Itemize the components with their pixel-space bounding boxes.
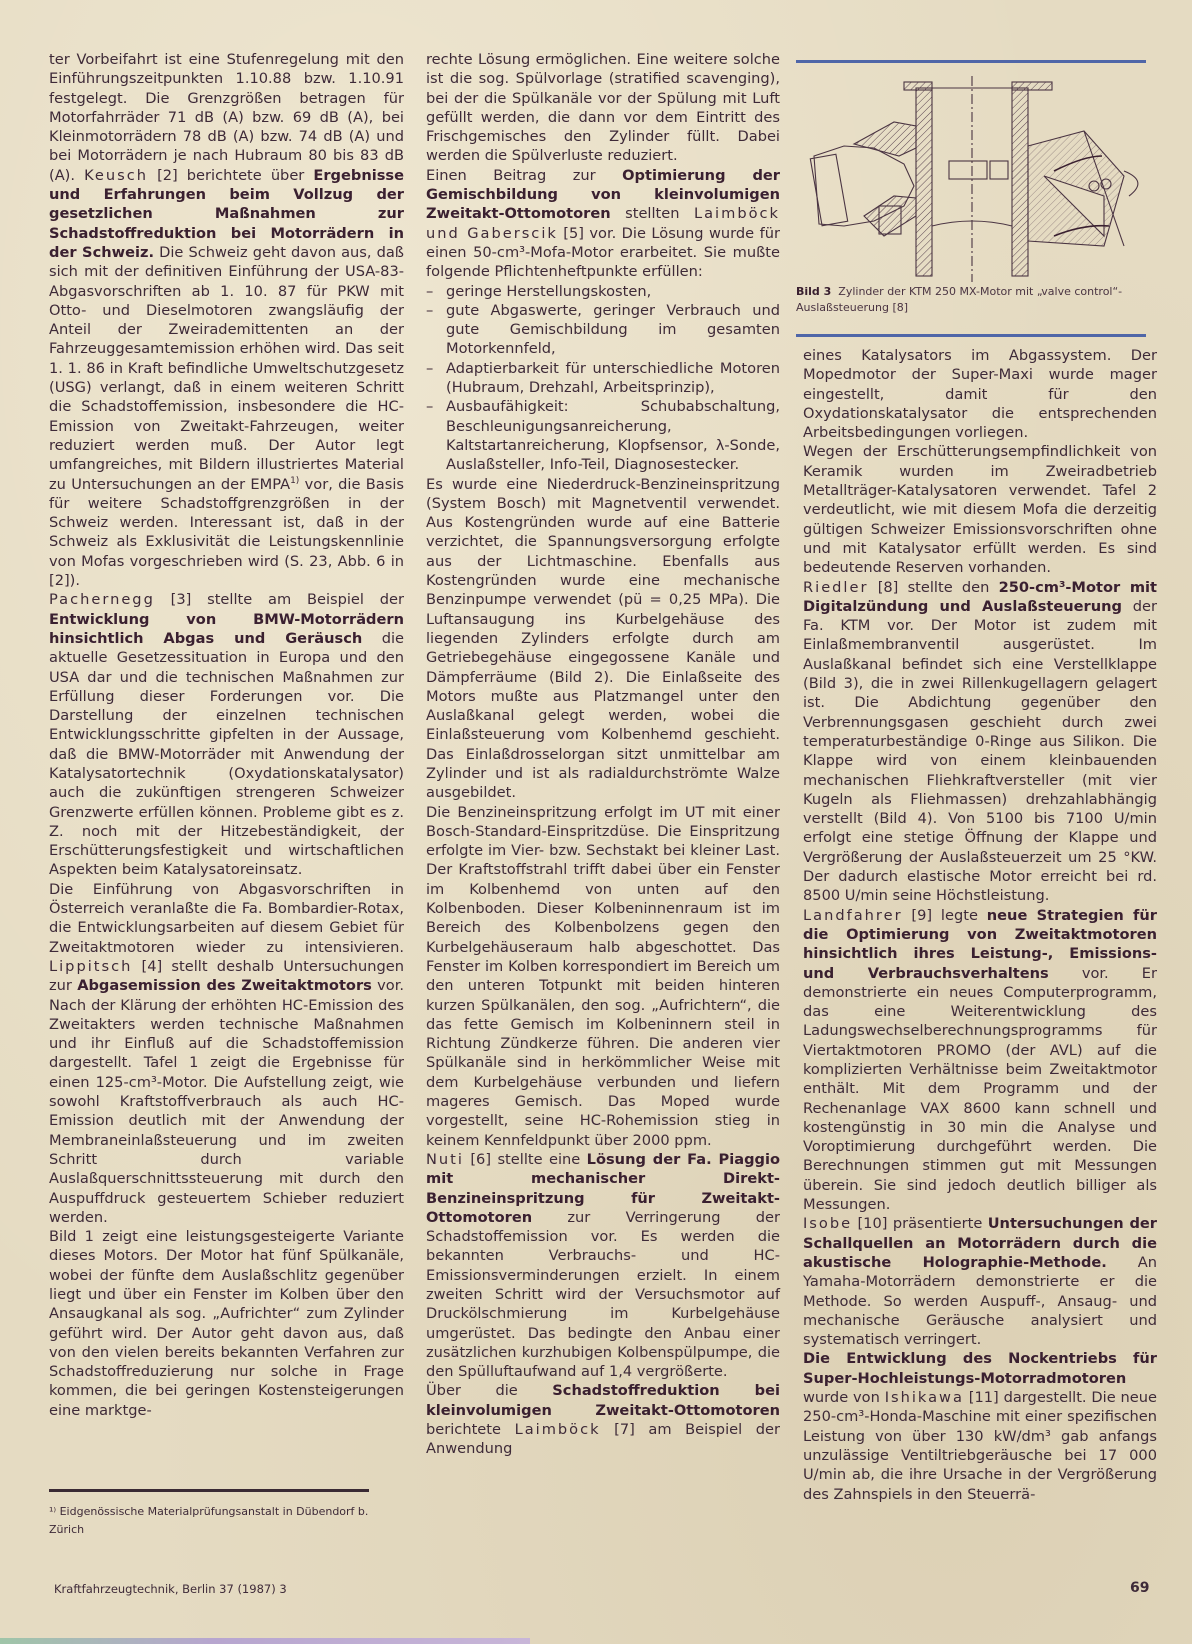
- text-run: der Fa. KTM vor. Der Motor ist zudem mit…: [803, 598, 1157, 904]
- text-run: stellten: [611, 205, 694, 222]
- author-name: Ishikawa: [885, 1389, 964, 1406]
- text-run: [9] legte: [903, 907, 987, 924]
- paragraph: Bild 1 zeigt eine leistungsgesteigerte V…: [49, 1227, 404, 1420]
- text-run: die aktuelle Gesetzessituation in Europa…: [49, 630, 404, 879]
- text-run: [10] präsentierte: [852, 1215, 988, 1232]
- figure-label: Bild 3: [796, 285, 831, 298]
- author-name: Lippitsch: [49, 958, 132, 975]
- paragraph: Riedler [8] stellte den 250-cm³-Motor mi…: [803, 578, 1157, 906]
- author-name: Keusch: [84, 167, 148, 184]
- paragraph: Die Einführung von Abgasvorschriften in …: [49, 880, 404, 1227]
- text-run: [8] stellte den: [868, 579, 998, 596]
- author-name: Nuti: [426, 1151, 464, 1168]
- text-run: [11] dargestellt. Die neue 250-cm³-Honda…: [803, 1389, 1157, 1502]
- author-name: Riedler: [803, 579, 868, 596]
- footnote-divider: [49, 1489, 369, 1492]
- figure-bild-3: Bild 3 Zylinder der KTM 250 MX-Motor mit…: [796, 54, 1158, 338]
- list-item: geringe Herstellungskosten,: [426, 282, 780, 301]
- figure-caption: Bild 3 Zylinder der KTM 250 MX-Motor mit…: [796, 284, 1141, 316]
- text-run: Über die: [426, 1382, 552, 1399]
- paragraph: Wegen der Erschütterungsempfindlichkeit …: [803, 442, 1157, 577]
- paragraph: Die Benzineinspritzung erfolgt im UT mit…: [426, 803, 780, 1150]
- bold-topic: Abgasemission des Zweitaktmotors: [77, 977, 372, 994]
- text-run: zur Verringerung der Schadstoffemission …: [426, 1209, 780, 1380]
- text-run: Die Einführung von Abgasvorschriften in …: [49, 881, 404, 956]
- author-name: Laimböck: [515, 1421, 601, 1438]
- text-run: wurde von: [803, 1389, 885, 1406]
- middle-column: rechte Lösung ermöglichen. Eine weitere …: [426, 50, 780, 1459]
- paragraph: Pachernegg [3] stellte am Beispiel der E…: [49, 590, 404, 879]
- bold-topic: Entwicklung von BMW-Motorrädern hinsicht…: [49, 611, 404, 647]
- list-item: Ausbaufähigkeit: Schubabschaltung, Besch…: [426, 397, 780, 474]
- page-number: 69: [1130, 1580, 1149, 1596]
- paragraph: Nuti [6] stellte eine Lösung der Fa. Pia…: [426, 1150, 780, 1382]
- footnote: ¹⁾ Eidgenössische Materialprüfungsanstal…: [49, 1503, 369, 1539]
- author-name: Isobe: [803, 1215, 852, 1232]
- paragraph: Über die Schadstoffreduktion bei kleinvo…: [426, 1381, 780, 1458]
- paragraph: eines Katalysators im Abgassystem. Der M…: [803, 346, 1157, 442]
- text-run: [6] stellte eine: [464, 1151, 587, 1168]
- text-run: ter Vorbeifahrt ist eine Stufenregelung …: [49, 51, 404, 184]
- text-run: vor. Nach der Klärung der erhöhten HC-Em…: [49, 977, 404, 1226]
- paragraph: rechte Lösung ermöglichen. Eine weitere …: [426, 50, 780, 166]
- text-run: [2] berichtete über: [148, 167, 313, 184]
- text-run: Die Schweiz geht davon aus, daß sich mit…: [49, 244, 404, 493]
- figure-top-rule: [796, 60, 1146, 63]
- left-column: ter Vorbeifahrt ist eine Stufenregelung …: [49, 50, 404, 1420]
- paragraph: Einen Beitrag zur Optimierung der Gemisc…: [426, 166, 780, 282]
- author-name: Pachernegg: [49, 591, 155, 608]
- paragraph: ter Vorbeifahrt ist eine Stufenregelung …: [49, 50, 404, 590]
- text-run: vor. Er demonstrierte ein neues Computer…: [803, 965, 1157, 1214]
- journal-citation: Kraftfahrzeugtechnik, Berlin 37 (1987) 3: [54, 1582, 287, 1596]
- text-run: berichtete: [426, 1421, 515, 1438]
- list-item: gute Abgaswerte, geringer Verbrauch und …: [426, 301, 780, 359]
- footnote-marker: 1): [290, 476, 299, 486]
- author-name: Landfahrer: [803, 907, 903, 924]
- paragraph: Landfahrer [9] legte neue Strategien für…: [803, 906, 1157, 1215]
- bold-topic: Die Entwicklung des Nockentriebs für Sup…: [803, 1350, 1157, 1386]
- text-run: Einen Beitrag zur: [426, 167, 622, 184]
- scan-edge-stripe: [0, 1638, 530, 1644]
- text-run: [3] stellte am Beispiel der: [155, 591, 404, 608]
- figure-bottom-rule: [796, 334, 1146, 337]
- paragraph: Isobe [10] präsentierte Untersuchungen d…: [803, 1214, 1157, 1349]
- list-item: Adaptierbarkeit für unterschiedliche Mot…: [426, 359, 780, 398]
- cylinder-cross-section-drawing: [804, 76, 1144, 282]
- right-column: eines Katalysators im Abgassystem. Der M…: [803, 346, 1157, 1504]
- paragraph: Die Entwicklung des Nockentriebs für Sup…: [803, 1349, 1157, 1503]
- paragraph: Es wurde eine Niederdruck-Benzineinsprit…: [426, 475, 780, 803]
- figure-caption-text: Zylinder der KTM 250 MX-Motor mit „valve…: [796, 285, 1122, 314]
- requirements-list: geringe Herstellungskosten, gute Abgaswe…: [426, 282, 780, 475]
